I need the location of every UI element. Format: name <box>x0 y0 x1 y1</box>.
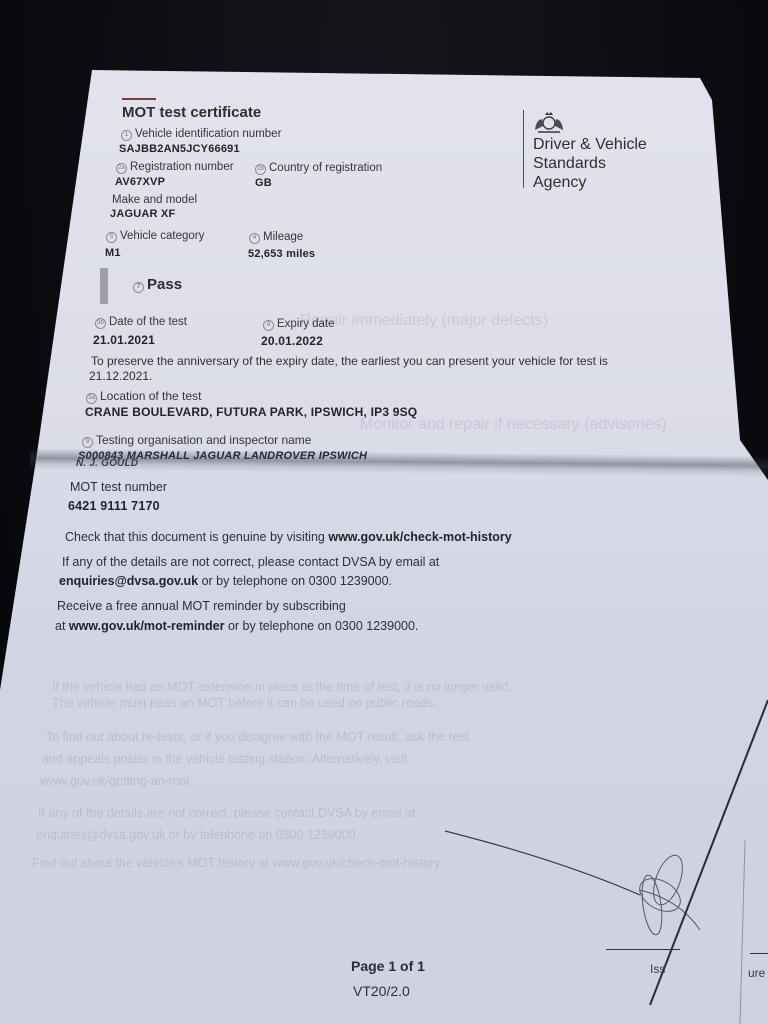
issuer-label-fragment: Iss <box>650 962 665 976</box>
signature-scribble-icon <box>0 0 768 1024</box>
page-number: Page 1 of 1 <box>351 958 425 974</box>
mot-certificate: Repair immediately (major defects) Monit… <box>0 0 768 1024</box>
signature-label-fragment: ure <box>748 966 765 980</box>
form-code: VT20/2.0 <box>353 983 410 999</box>
issuer-signature-line <box>606 949 680 950</box>
signature-line <box>750 953 768 954</box>
